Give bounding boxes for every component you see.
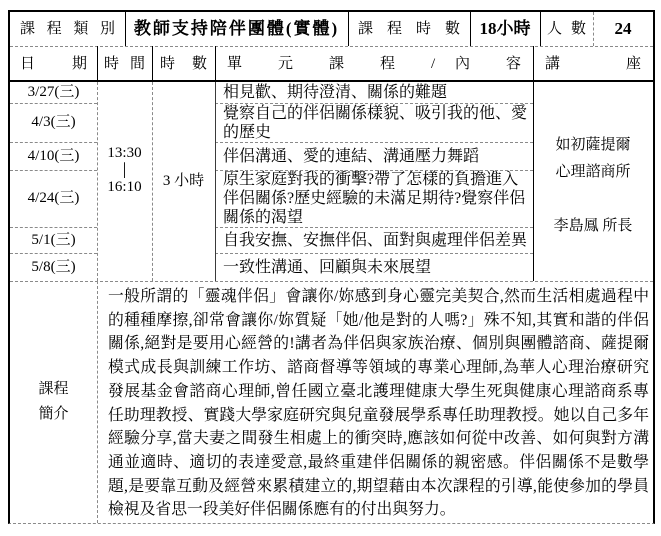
- intro-column-divider: [97, 281, 98, 523]
- session-date: 5/8(三): [10, 253, 97, 281]
- col-header-unit-content-text: 單 元 課 程 / 內 容: [227, 55, 521, 74]
- time-range-separator: │: [120, 163, 129, 177]
- column-divider: [97, 46, 98, 82]
- course-hours-label-text: 課 程 時 數: [358, 20, 460, 39]
- col-header-date-text: 日 期: [20, 55, 87, 74]
- session-content: 伴侶溝通、愛的連結、溝通壓力舞蹈: [215, 142, 533, 170]
- session-content: 一致性溝通、回顧與未來展望: [215, 253, 533, 281]
- intro-label-line1: 課程: [38, 377, 68, 402]
- column-divider: [533, 82, 534, 281]
- lecturer-name: 李島鳳 所長: [554, 213, 633, 240]
- session-content: 相見歡、期待澄清、關係的難題: [215, 82, 533, 103]
- session-content: 自我安撫、安撫伴侶、面對與處理伴侶差異: [215, 227, 533, 253]
- session-hours: 3 小時: [152, 82, 215, 281]
- row-divider: [10, 142, 97, 143]
- column-divider: [152, 82, 153, 281]
- capacity-label: 人 數: [540, 12, 593, 46]
- session-date: 3/27(三): [10, 82, 97, 103]
- column-divider: [533, 46, 534, 82]
- course-table: 課 程 類 別 教師支持陪伴團體(實體) 課 程 時 數 18小時 人 數 24…: [8, 10, 655, 524]
- divider-below-top-row: [10, 46, 653, 47]
- column-divider: [348, 12, 349, 46]
- row-divider: [215, 142, 533, 143]
- row-divider: [215, 170, 533, 171]
- row-divider: [10, 253, 97, 254]
- session-time-range: 13:30 │ 16:10: [97, 82, 152, 281]
- column-divider: [215, 82, 216, 281]
- intro-label: 課程 簡介: [10, 281, 97, 523]
- column-divider: [540, 12, 541, 46]
- row-divider: [10, 227, 97, 228]
- column-divider: [152, 46, 153, 82]
- course-description-page: 課 程 類 別 教師支持陪伴團體(實體) 課 程 時 數 18小時 人 數 24…: [0, 0, 661, 536]
- col-header-lecturer-text: 講 座: [545, 55, 641, 74]
- col-header-time: 時 間: [97, 46, 152, 82]
- session-date: 5/1(三): [10, 227, 97, 253]
- intro-paragraph: 一般所謂的「靈魂伴侶」會讓你/妳感到身心靈完美契合,然而生活相處過程中的種種摩擦…: [108, 285, 649, 522]
- course-category-label-text: 課 程 類 別: [20, 20, 115, 39]
- session-start-time: 13:30: [107, 143, 141, 163]
- session-date: 4/3(三): [10, 103, 97, 142]
- col-header-hours-text: 時 數: [160, 55, 207, 74]
- session-end-time: 16:10: [107, 177, 141, 197]
- lecturer-org-line2: 心理諮商所: [555, 159, 630, 186]
- column-divider: [97, 82, 98, 281]
- column-divider: [470, 12, 471, 46]
- row-divider: [10, 103, 97, 104]
- capacity-label-text: 人 數: [547, 20, 586, 39]
- intro-label-line2: 簡介: [38, 402, 68, 427]
- lecturer-org-line1: 如初薩提爾: [555, 132, 630, 159]
- session-date: 4/10(三): [10, 142, 97, 170]
- intro-paragraph-cell: 一般所謂的「靈魂伴侶」會讓你/妳感到身心靈完美契合,然而生活相處過程中的種種摩擦…: [97, 281, 653, 523]
- row-divider: [215, 103, 533, 104]
- column-divider: [215, 46, 216, 82]
- column-divider: [593, 12, 594, 46]
- lecturer-info: 如初薩提爾 心理諮商所 李島鳳 所長: [533, 82, 653, 281]
- column-divider: [125, 12, 126, 46]
- course-category-value: 教師支持陪伴團體(實體): [125, 12, 348, 46]
- col-header-date: 日 期: [10, 46, 97, 82]
- col-header-hours: 時 數: [152, 46, 215, 82]
- session-date: 4/24(三): [10, 170, 97, 227]
- course-hours-label: 課 程 時 數: [348, 12, 470, 46]
- row-divider: [215, 253, 533, 254]
- divider-above-intro: [10, 281, 653, 282]
- row-divider: [215, 227, 533, 228]
- row-divider: [10, 170, 97, 171]
- col-header-unit-content: 單 元 課 程 / 內 容: [215, 46, 533, 82]
- col-header-time-text: 時 間: [104, 55, 145, 74]
- divider-below-headers: [10, 80, 653, 82]
- session-content: 覺察自己的伴侶關係樣貌、吸引我的他、愛的歷史: [215, 103, 533, 142]
- capacity-value: 24: [593, 12, 653, 46]
- session-content: 原生家庭對我的衝擊?帶了怎樣的負擔進入伴侶關係?歷史經驗的未滿足期待?覺察伴侶關…: [215, 170, 533, 227]
- course-category-label: 課 程 類 別: [10, 12, 125, 46]
- course-hours-value: 18小時: [470, 12, 540, 46]
- col-header-lecturer: 講 座: [533, 46, 653, 82]
